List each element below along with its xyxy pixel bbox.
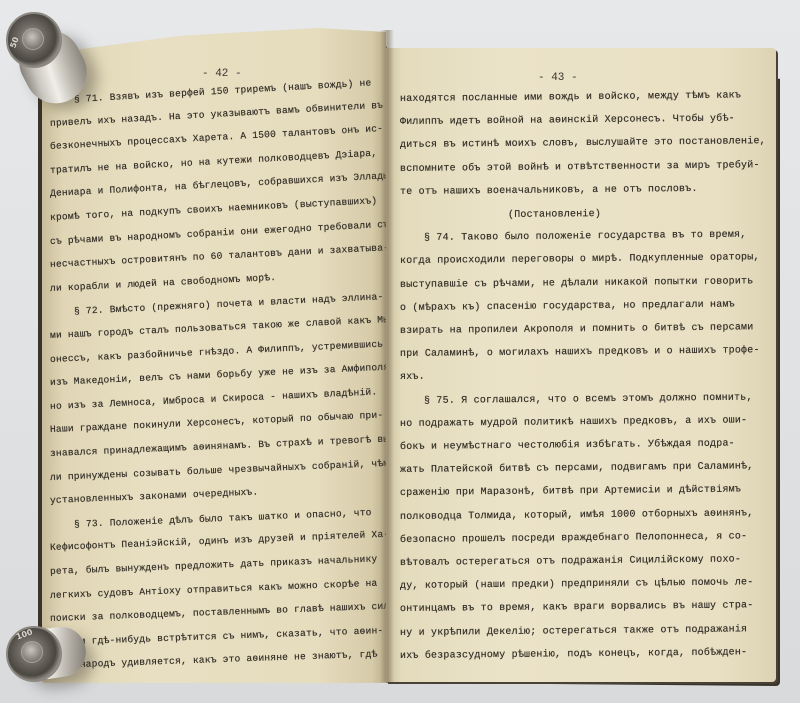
left-page: - 42 - § 71. Взявъ изъ верфей 150 трирем… (42, 28, 386, 683)
text-line: выступавшіе съ рѣчами, не дѣлали никакой… (400, 276, 754, 291)
text-line: ду, который (наши предки) предприняли съ… (400, 577, 754, 592)
text-line: § 73. Положеніе дѣлъ было такъ шатко и о… (74, 507, 372, 530)
text-line: поиски за полководцемъ, поставленнымъ во… (50, 600, 386, 624)
text-line: скій народъ удивляется, какъ это аѳиняне… (50, 649, 378, 671)
text-line: тратилъ не на войско, но на кутежи полко… (50, 147, 378, 175)
text-line: безконечныхъ процессахъ Харета. А 1500 т… (50, 123, 384, 152)
text-line: бокъ и неумѣстнаго честолюбія избѣгать. … (400, 438, 735, 453)
text-line: но изъ за Лемноса, Имброса и Скироса - н… (50, 386, 378, 412)
text-line: вспомните объ этой войнѣ и отвѣтственнос… (400, 160, 760, 175)
text-line: когда происходили переговоры о мирѣ. Под… (400, 253, 760, 268)
text-line: § 74. Таково было положеніе государства … (424, 230, 747, 244)
text-line: Наши граждане покинули Херсонесъ, которы… (50, 410, 384, 436)
text-line: те отъ нашихъ военачальниковъ, а не отъ … (400, 184, 698, 198)
text-line: взирать на пропилеи Акрополя и помнить о… (400, 322, 754, 337)
text-line: ихъ безразсудному рѣшенію, подъ конецъ, … (400, 647, 747, 662)
text-line: вѣтовалъ остерегаться отъ подражанія Сиц… (400, 554, 741, 569)
weight-boss (22, 28, 44, 50)
text-line: жать Платейской битвѣ съ персами, подвиг… (400, 461, 754, 476)
text-line: и если гдѣ-нибудь встрѣтится съ нимъ, ск… (50, 625, 384, 648)
text-line: сраженію при Маразонѣ, битвѣ при Артемис… (400, 485, 741, 500)
text-line: ми нашъ городъ сталъ пользоваться такою … (50, 314, 386, 341)
text-line: онтинцамъ въ то время, какъ враги ворвал… (400, 601, 754, 616)
text-line: кромѣ того, на подкупъ своихъ наемниковъ… (50, 195, 378, 223)
text-line: (Постановленіе) (508, 209, 601, 221)
text-line: несчастныхъ островитянъ по 60 талантовъ … (50, 242, 386, 270)
page-number-left: - 42 - (202, 68, 242, 80)
text-line: яхъ. (400, 372, 425, 383)
right-page: - 43 - находятся посланные ими вождь и в… (386, 48, 776, 682)
text-line: установленныхъ законами очередныхъ. (50, 487, 259, 507)
text-line: находятся посланные ими вождь и войско, … (400, 90, 741, 105)
text-line: ли принуждены созывать больше чрезвычайн… (50, 457, 386, 482)
text-line: при Саламинѣ, о могилахъ нашихъ предковъ… (400, 345, 760, 360)
text-line: изъ Македоніи, велъ съ нами борьбу уже н… (50, 362, 386, 389)
text-line: ну и укрѣпили Декелію; остерегаться такж… (400, 624, 747, 639)
page-number-right: - 43 - (538, 72, 578, 84)
text-line: о (мѣрахъ къ) спасенію государства, но п… (400, 299, 735, 314)
text-line: диться въ истинѣ моихъ словъ, выслушайте… (400, 137, 766, 152)
text-line: онессъ, какъ разбойничье гнѣздо. А Филип… (50, 338, 384, 364)
text-line: съ рѣчами въ народномъ собраніи они ежег… (50, 218, 386, 246)
text-line: полководца Толмида, который, имѣя 1000 о… (400, 508, 754, 523)
text-line: знавался принадлежащимъ аѳинянамъ. Въ ст… (50, 432, 386, 459)
text-line: § 71. Взявъ изъ верфей 150 триремъ (нашъ… (74, 77, 372, 105)
text-line: Кефисофонтъ Пеаніэйскій, одинъ изъ друзе… (50, 529, 386, 553)
text-line: Дениара и Полифонта, на бѣглецовъ, собра… (50, 170, 386, 199)
text-line: легкихъ судовъ Антіоху отправиться какъ … (50, 577, 378, 600)
text-line: Филиппъ идетъ войной на аѳинскій Херсоне… (400, 114, 735, 129)
weight-boss (21, 641, 43, 663)
text-line: рета, былъ вынужденъ предложить дать при… (50, 553, 378, 577)
text-line: ли корабли и людей на свободномъ морѣ. (50, 272, 277, 294)
text-line: § 75. Я соглашался, что о всемъ этомъ до… (424, 392, 753, 406)
text-line: § 72. Вмѣсто (прежняго) почета и власти … (74, 292, 384, 318)
text-line: но подражать мудрой политикѣ нашихъ пред… (400, 415, 747, 430)
text-line: привелъ ихъ назадъ. На это указываютъ ва… (50, 99, 384, 128)
text-line: безопасно прошелъ посреди враждебнаго Пе… (400, 531, 747, 546)
